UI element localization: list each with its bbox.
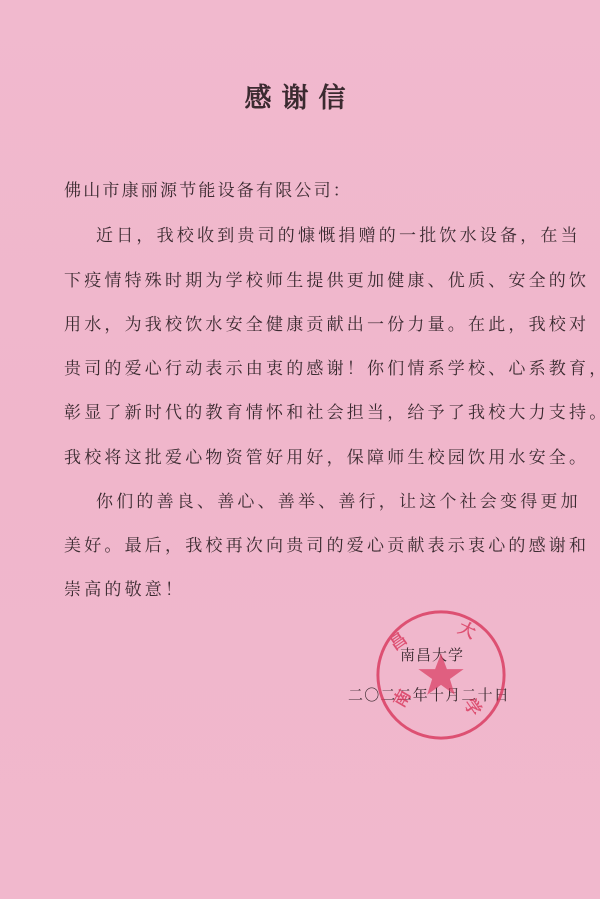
body-line-5: 彰显了新时代的教育情怀和社会担当，给予了我校大力支持。 [64,398,600,423]
body-line-4: 贵司的爱心行动表示由衷的感谢！你们情系学校、心系教育， [64,354,600,379]
salutation: 佛山市康丽源节能设备有限公司： [64,176,352,201]
body-line-6: 我校将这批爱心物资管好用好，保障师生校园饮用水安全。 [64,443,589,468]
body-line-2: 下疫情特殊时期为学校师生提供更加健康、优质、安全的饮 [64,266,589,291]
body-line-1: 近日，我校收到贵司的慷慨捐赠的一批饮水设备，在当 [96,221,581,246]
body-line-3: 用水，为我校饮水安全健康贡献出一份力量。在此，我校对 [64,310,589,335]
letter-date: 二〇二二年十月二十日 [348,684,510,705]
body-line-7: 你们的善良、善心、善举、善行，让这个社会变得更加 [96,487,581,512]
body-line-9: 崇高的敬意！ [64,575,185,600]
body-line-8: 美好。最后，我校再次向贵司的爱心贡献表示衷心的感谢和 [64,531,589,556]
letter-page: 感谢信 佛山市康丽源节能设备有限公司： 近日，我校收到贵司的慷慨捐赠的一批饮水设… [0,0,600,899]
letter-title: 感谢信 [0,76,600,115]
signature: 南昌大学 [400,644,464,665]
official-seal: 昌 大 南 学 [372,606,510,744]
svg-text:大: 大 [455,617,479,642]
